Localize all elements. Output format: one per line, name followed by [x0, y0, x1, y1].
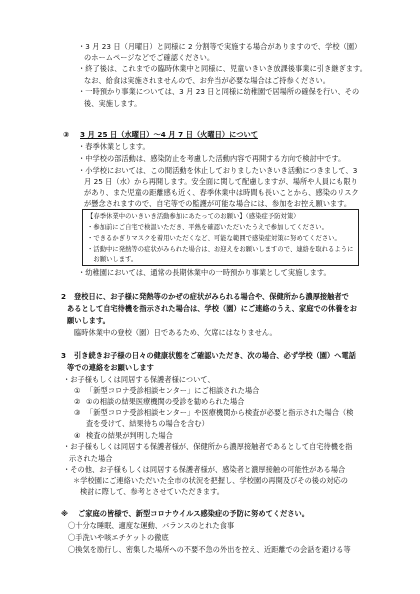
- bullet-line: ・お子様もしくは同居する保護者様が、保健所から濃厚接触者であるとして自宅待機を指: [63, 442, 353, 452]
- section-heading-line: 等での連絡をお願いします: [67, 363, 154, 373]
- notice-box: 【春季休業中のいきいき活動参加にあたってのお願い】（感染症予防対策） ・参加前に…: [82, 209, 359, 266]
- case-number: ②: [74, 397, 81, 407]
- note-mark: ※: [61, 509, 68, 519]
- period-number: ③: [63, 130, 69, 140]
- prevention-item: 〇手洗いや咳エチケットの徹底: [68, 533, 169, 543]
- case-line: 「新型コロナ受診相談センター」にご相談された場合: [86, 386, 259, 396]
- bullet-line: があり、また児童の距離感も近く、春季休業中は時間も長いことから、感染のリスク: [84, 188, 359, 198]
- bullet-line: 後、実施します。: [84, 99, 141, 109]
- notice-title: 【春季休業中のいきいき活動参加にあたってのお願い】（感染症予防対策）: [87, 212, 300, 222]
- kindergarten-note: ・幼稚園においては、通常の長期休業中の一時預かり事業として実施します。: [78, 268, 331, 278]
- notice-item: ・できるかぎりマスクを着用いただくなど、可能な範囲で感染症対策に努めてください。: [87, 234, 341, 244]
- bullet-line: 示された場合: [69, 454, 112, 464]
- prevention-heading: ご家庭の皆様で、新型コロナウイルス感染症の予防に努めてください。: [78, 509, 309, 519]
- bullet-line: 月 25 日（水）から再開します。安全面に関して配慮しますが、場所や人員にも限り: [84, 177, 358, 187]
- prevention-item: 〇換気を励行し、密集した場所への不要不急の外出を控え、近距離での会話を避ける等: [68, 545, 351, 555]
- section-heading-line: 引き続きお子様の日々の健康状態をご確認いただき、次の場合、必ず学校（園）へ電話: [74, 351, 356, 361]
- section-number: 2: [61, 292, 66, 302]
- case-number: ①: [74, 386, 81, 396]
- bullet-line: ・その他、お子様もしくは同居する保護者様が、感染者と濃厚接触の可能性がある場合: [63, 465, 345, 475]
- case-number: ③: [74, 408, 81, 418]
- case-number: ④: [74, 431, 81, 441]
- section-note: 臨時休業中の登校（園）日であるため、欠席にはなりません。: [74, 328, 277, 338]
- case-line: ①の相談の結果医療機関の受診を勧められた場合: [86, 397, 244, 407]
- period-heading: 3 月 25 日（水曜日）〜4 月 7 日（火曜日）について: [80, 130, 258, 140]
- notice-item: ・活動中に発熱等の症状がみられた場合は、お迎えをお願いしますので、連絡を取れるよ…: [87, 245, 353, 255]
- prevention-item: 〇十分な睡眠、適度な運動、バランスのとれた食事: [68, 521, 234, 531]
- section-number: 3: [61, 351, 66, 361]
- case-line: 「新型コロナ受診相談センター」や医療機関から検査が必要と指示された場合（検: [86, 408, 354, 418]
- notice-item: お願いします。: [87, 255, 137, 265]
- bullet-line: なお、給食は実施されませんので、お弁当が必要な場合はご持参ください。: [84, 76, 330, 86]
- section-heading-line: あるとして自宅待機を指示された場合は、学校（園）にご連絡のうえ、家庭での休養をお: [67, 304, 357, 314]
- bullet-line: が懸念されますので、自宅等での監護が可能な場合には、参加をお控え願います。: [84, 199, 351, 209]
- footnote-line: 検討に際して、参考とさせていただきます。: [80, 487, 224, 497]
- case-line: 査を受けて、結果待ちの場合を含む）: [86, 419, 209, 429]
- footnote-line: ＊学校園にご連絡いただいた全市の状況を把握し、学校園の再開及びその後の対応の: [73, 476, 348, 486]
- bullet-line: のホームページなどでご確認ください。: [84, 53, 214, 63]
- section-heading-line: 願いします。: [67, 316, 110, 326]
- bullet-line: ・小学校においては、この間活動を休止しておりましたいきいき活動につきまして、3: [78, 166, 357, 176]
- bullet-line: ・一時預かり事業については、3 月 23 日と同様に幼稚園で居場所の確保を行い、…: [78, 87, 359, 97]
- bullet-line: ・中学校の部活動は、感染防止を考慮した活動内容で再開する方向で検討中です。: [78, 154, 345, 164]
- section-intro: ・お子様もしくは同居する保護者様について、: [63, 375, 215, 385]
- case-line: 検査の結果が判明した場合: [86, 431, 173, 441]
- notice-item: ・参加前にご自宅で検温いただき、平熱を確認いただいたうえで参加してください。: [87, 223, 328, 233]
- bullet-line: ・春季休業とします。: [78, 142, 150, 152]
- bullet-line: ・終了後は、これまでの臨時休業中と同様に、児童いきいき放課後事業に引き継ぎます。: [78, 64, 367, 74]
- section-heading-line: 登校日に、お子様に発熱等のかぜの症状がみられる場合や、保健所から濃厚接触者で: [74, 292, 349, 302]
- bullet-line: ・3 月 23 日（月曜日）と同様に 2 分割等で実施する場合がありますので、学…: [78, 42, 361, 52]
